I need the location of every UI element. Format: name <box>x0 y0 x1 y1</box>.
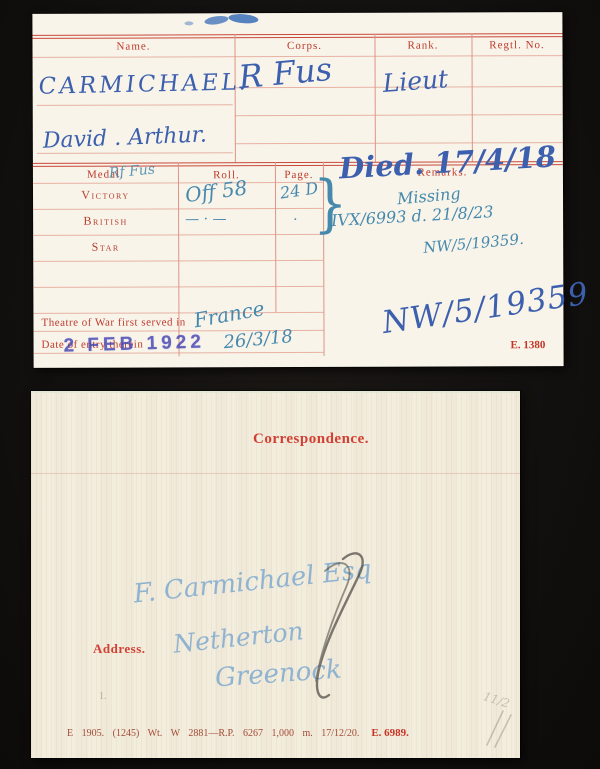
handwritten-roll-victory: Off 58 <box>184 177 248 205</box>
rule <box>275 162 277 312</box>
medal-row-star: Star <box>33 239 178 255</box>
medal-index-card-back: Correspondence. Address. F. Carmichael E… <box>31 391 520 758</box>
photo-background: Name. Corps. Rank. Regtl. No. CARMICHAEL… <box>0 0 600 769</box>
handwritten-rank: Lieut <box>382 66 449 96</box>
rule <box>37 104 233 106</box>
column-header-corps: Corps. <box>234 40 374 52</box>
margin-mark: 1. <box>99 691 107 702</box>
date-stamp: 2 FEB 1922 <box>63 331 205 357</box>
rule <box>234 34 235 162</box>
handwritten-roll-british: — · — <box>185 212 226 226</box>
rule <box>374 34 375 162</box>
rule <box>31 473 520 474</box>
rule <box>235 114 563 116</box>
ink-blotch <box>204 15 229 26</box>
pencil-scribble <box>259 545 379 715</box>
medal-row-victory: Victory <box>33 187 178 203</box>
handwritten-reference-large: NW/5/19359 <box>380 279 591 339</box>
ink-blotch <box>228 13 259 24</box>
handwritten-medal-annotation: Rf Fus <box>108 163 155 181</box>
handwritten-theatre-value: France <box>192 298 266 330</box>
address-label: Address. <box>93 641 146 657</box>
handwritten-forenames: David . Arthur. <box>42 124 207 152</box>
handwritten-remark-note2: IVX/6993 d. 21/8/23 <box>331 204 494 229</box>
rule <box>471 33 472 161</box>
column-header-name: Name. <box>32 40 234 53</box>
ink-blotch <box>184 21 193 25</box>
handwritten-corps: R Fus <box>237 53 333 93</box>
printer-footer-info: E 1905. (1245) Wt. W 2881—R.P. 6267 1,00… <box>67 728 359 739</box>
handwritten-entry-date: 26/3/18 <box>223 328 294 352</box>
handwritten-page-british: · <box>293 213 298 227</box>
medal-row-british: British <box>33 213 178 229</box>
printer-footer: E 1905. (1245) Wt. W 2881—R.P. 6267 1,00… <box>67 723 409 741</box>
medal-index-card-front: Name. Corps. Rank. Regtl. No. CARMICHAEL… <box>32 12 563 368</box>
pencil-note-scribble <box>479 705 519 749</box>
form-number-back: E. 6989. <box>371 727 409 739</box>
column-header-rank: Rank. <box>374 39 471 51</box>
handwritten-surname: CARMICHAEL. <box>37 71 251 98</box>
handwritten-remark-note3: NW/5/19359. <box>423 232 525 256</box>
form-number-front: E. 1380 <box>511 339 546 351</box>
column-header-medal: Medal. <box>33 168 178 181</box>
correspondence-title: Correspondence. <box>191 431 431 448</box>
column-header-regtl-no: Regtl. No. <box>471 39 562 51</box>
